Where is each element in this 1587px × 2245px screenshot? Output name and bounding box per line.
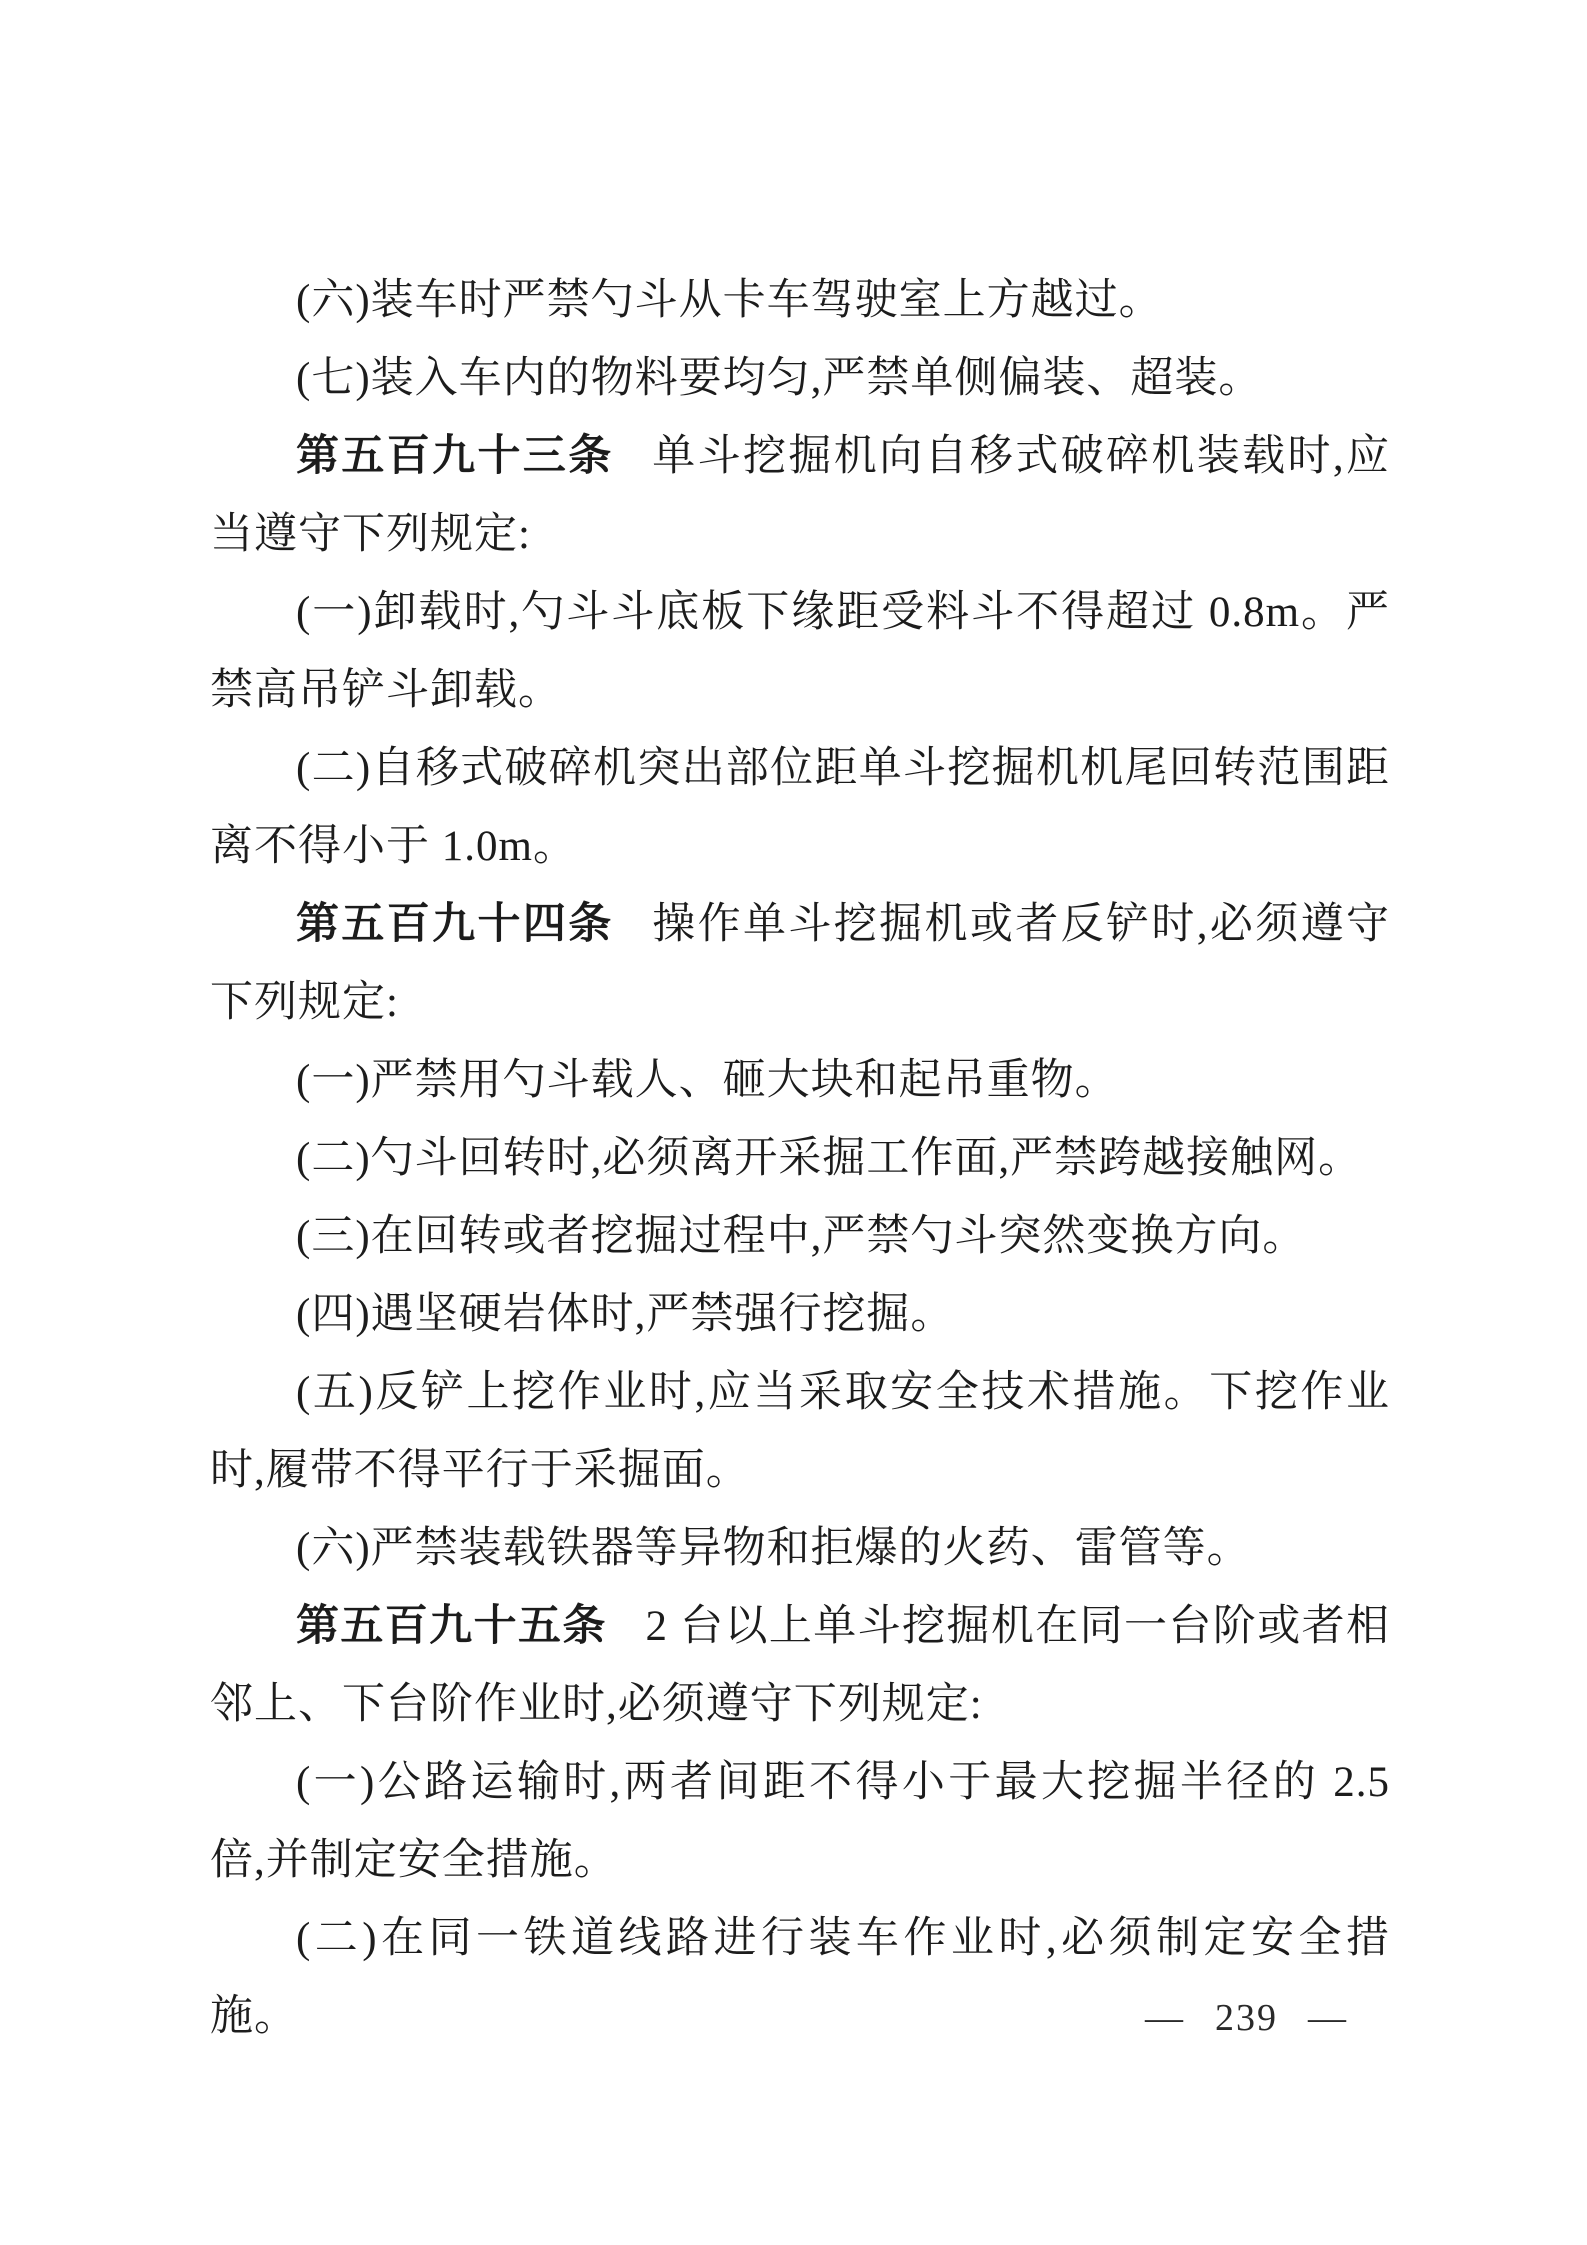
footer-dash-right: — — [1308, 1996, 1348, 2040]
item-paragraph: (五)反铲上挖作业时,应当采取安全技术措施。下挖作业时,履带不得平行于采掘面。 — [210, 1354, 1390, 1510]
page-footer: — 239 — — [210, 1996, 1390, 2040]
item-paragraph: (三)在回转或者挖掘过程中,严禁勺斗突然变换方向。 — [210, 1198, 1390, 1276]
article-number: 第五百九十四条 — [296, 901, 614, 948]
item-paragraph: (一)公路运输时,两者间距不得小于最大挖掘半径的 2.5 倍,并制定安全措施。 — [210, 1744, 1390, 1900]
item-paragraph: (六)严禁装载铁器等异物和拒爆的火药、雷管等。 — [210, 1510, 1390, 1588]
article-number: 第五百九十五条 — [296, 1603, 607, 1650]
article-paragraph: 第五百九十五条2 台以上单斗挖掘机在同一台阶或者相邻上、下台阶作业时,必须遵守下… — [210, 1588, 1390, 1744]
item-paragraph: (一)卸载时,勺斗斗底板下缘距受料斗不得超过 0.8m。严禁高吊铲斗卸载。 — [210, 574, 1390, 730]
item-paragraph: (一)严禁用勺斗载人、砸大块和起吊重物。 — [210, 1042, 1390, 1120]
item-paragraph: (七)装入车内的物料要均匀,严禁单侧偏装、超装。 — [210, 340, 1390, 418]
document-body: (六)装车时严禁勺斗从卡车驾驶室上方越过。 (七)装入车内的物料要均匀,严禁单侧… — [210, 262, 1390, 2056]
article-paragraph: 第五百九十三条单斗挖掘机向自移式破碎机装载时,应当遵守下列规定: — [210, 418, 1390, 574]
article-paragraph: 第五百九十四条操作单斗挖掘机或者反铲时,必须遵守下列规定: — [210, 886, 1390, 1042]
article-number: 第五百九十三条 — [296, 433, 614, 480]
item-paragraph: (二)自移式破碎机突出部位距单斗挖掘机机尾回转范围距离不得小于 1.0m。 — [210, 730, 1390, 886]
item-paragraph: (二)勺斗回转时,必须离开采掘工作面,严禁跨越接触网。 — [210, 1120, 1390, 1198]
item-paragraph: (六)装车时严禁勺斗从卡车驾驶室上方越过。 — [210, 262, 1390, 340]
item-paragraph: (四)遇坚硬岩体时,严禁强行挖掘。 — [210, 1276, 1390, 1354]
page-number: 239 — [1215, 1996, 1278, 2040]
document-page: (六)装车时严禁勺斗从卡车驾驶室上方越过。 (七)装入车内的物料要均匀,严禁单侧… — [0, 0, 1587, 2245]
footer-dash-left: — — [1145, 1996, 1185, 2040]
